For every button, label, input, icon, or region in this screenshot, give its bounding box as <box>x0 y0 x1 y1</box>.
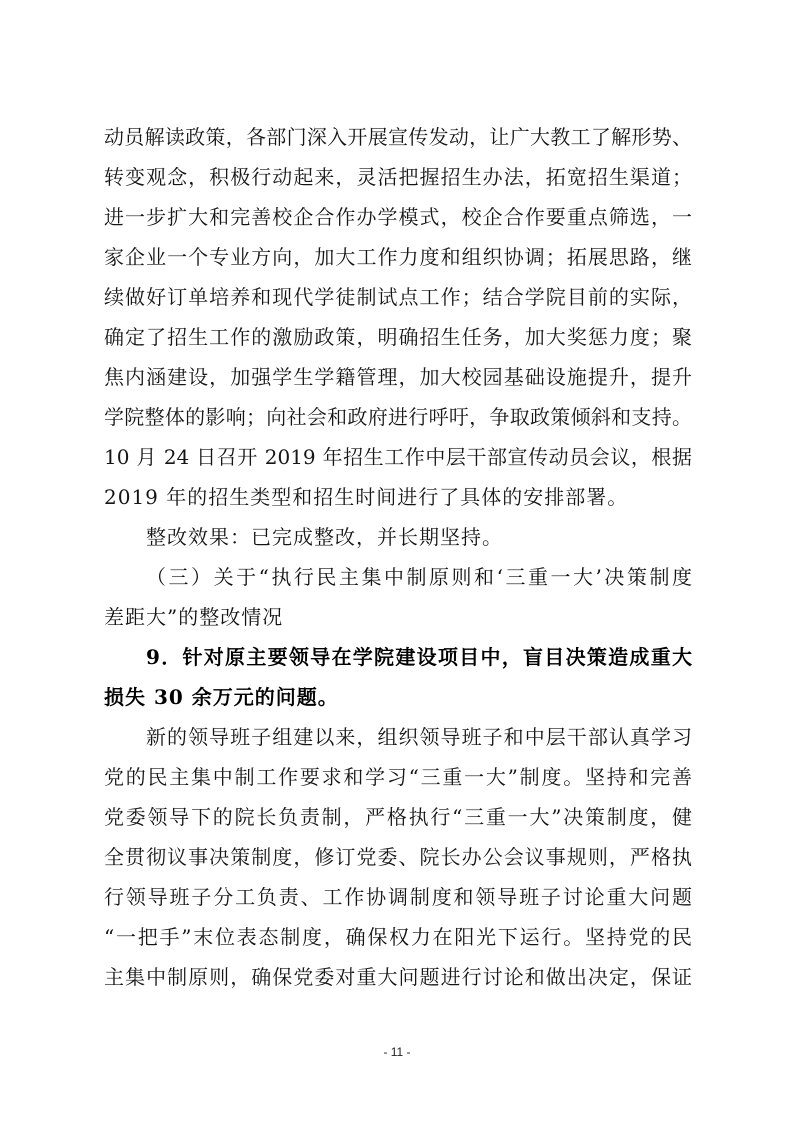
text-line: 整改效果：已完成整改，并长期坚持。 <box>104 517 692 557</box>
bold-heading-line: 9．针对原主要领导在学院建设项目中，盲目决策造成重大 <box>104 637 692 677</box>
body-paragraph: 新的领导班子组建以来，组织领导班子和中层干部认真学习 党的民主集中制工作要求和学… <box>104 717 692 997</box>
text-line: 党的民主集中制工作要求和学习“三重一大”制度。坚持和完善 <box>104 757 692 797</box>
body-paragraph-continued: 动员解读政策，各部门深入开展宣传发动，让广大教工了解形势、 转变观念，积极行动起… <box>104 117 692 517</box>
text-line: 焦内涵建设，加强学生学籍管理，加大校园基础设施提升，提升 <box>104 357 692 397</box>
heading-line: （三）关于“执行民主集中制原则和‘三重一大’决策制度 <box>104 557 692 597</box>
text-line: 动员解读政策，各部门深入开展宣传发动，让广大教工了解形势、 <box>104 117 692 157</box>
text-line: 主集中制原则，确保党委对重大问题进行讨论和做出决定，保证 <box>104 957 692 997</box>
text-line: 进一步扩大和完善校企合作办学模式，校企合作要重点筛选，一 <box>104 197 692 237</box>
page-number: - 11 - <box>0 1043 794 1061</box>
item-heading: 9．针对原主要领导在学院建设项目中，盲目决策造成重大 损失 30 余万元的问题。 <box>104 637 692 717</box>
text-line: 确定了招生工作的激励政策，明确招生任务，加大奖惩力度；聚 <box>104 317 692 357</box>
heading-line: 差距大”的整改情况 <box>104 597 692 637</box>
text-line: “一把手”末位表态制度，确保权力在阳光下运行。坚持党的民 <box>104 917 692 957</box>
text-line: 续做好订单培养和现代学徒制试点工作；结合学院目前的实际， <box>104 277 692 317</box>
text-line: 学院整体的影响；向社会和政府进行呼吁，争取政策倾斜和支持。 <box>104 397 692 437</box>
rectification-result: 整改效果：已完成整改，并长期坚持。 <box>104 517 692 557</box>
text-line: 新的领导班子组建以来，组织领导班子和中层干部认真学习 <box>104 717 692 757</box>
bold-heading-line: 损失 30 余万元的问题。 <box>104 677 692 717</box>
text-line: 党委领导下的院长负责制，严格执行“三重一大”决策制度，健 <box>104 797 692 837</box>
text-line: 2019 年的招生类型和招生时间进行了具体的安排部署。 <box>104 477 692 517</box>
text-line: 行领导班子分工负责、工作协调制度和领导班子讨论重大问题 <box>104 877 692 917</box>
text-line: 10 月 24 日召开 2019 年招生工作中层干部宣传动员会议，根据 <box>104 437 692 477</box>
text-line: 全贯彻议事决策制度，修订党委、院长办公会议事规则，严格执 <box>104 837 692 877</box>
text-line: 家企业一个专业方向，加大工作力度和组织协调；拓展思路，继 <box>104 237 692 277</box>
section-heading: （三）关于“执行民主集中制原则和‘三重一大’决策制度 差距大”的整改情况 <box>104 557 692 637</box>
text-line: 转变观念，积极行动起来，灵活把握招生办法，拓宽招生渠道； <box>104 157 692 197</box>
page-body: 动员解读政策，各部门深入开展宣传发动，让广大教工了解形势、 转变观念，积极行动起… <box>104 117 692 997</box>
document-page: 动员解读政策，各部门深入开展宣传发动，让广大教工了解形势、 转变观念，积极行动起… <box>0 0 794 1123</box>
